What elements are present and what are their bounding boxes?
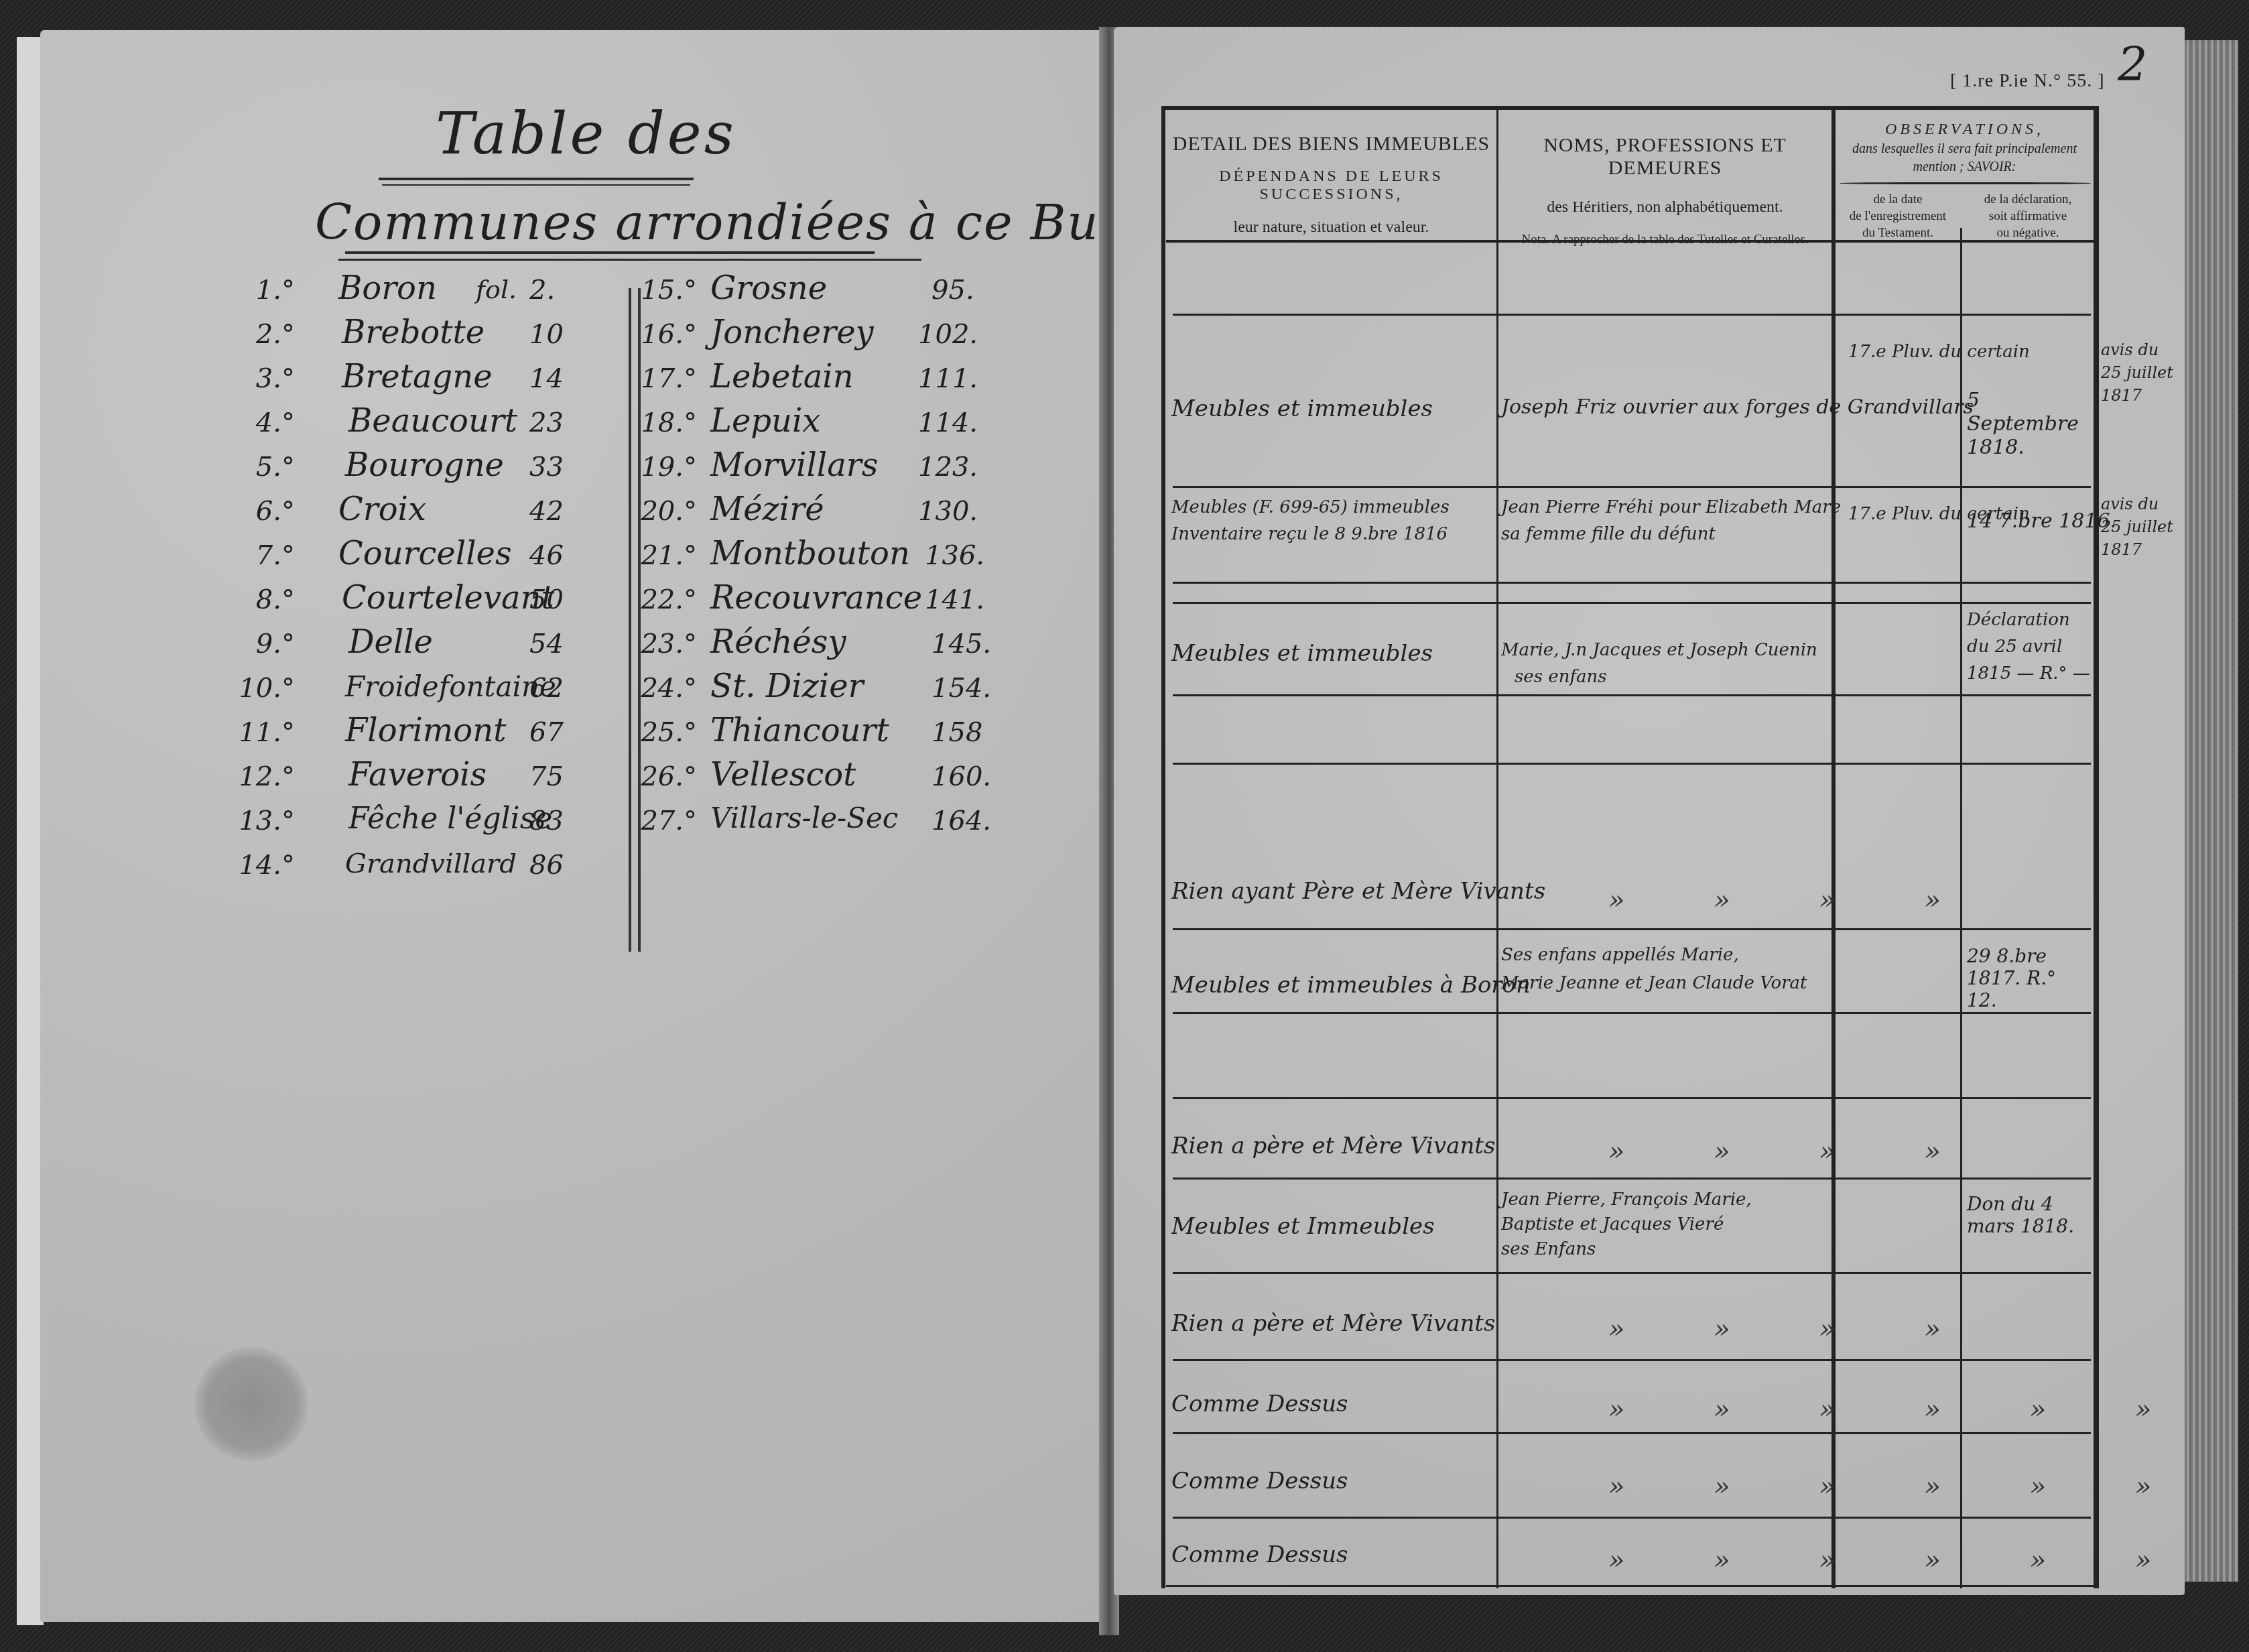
list-item: 16.° Joncherey 102. <box>637 319 1012 359</box>
row-rule <box>1173 1178 2091 1180</box>
title-underline <box>382 184 690 186</box>
cell-biens-line2: Inventaire reçu le 8 9.bre 1816 <box>1171 524 1448 544</box>
margin-note: avis du 25 juillet 1817 <box>2101 493 2181 561</box>
header-text: DÉPENDANS DE LEURS SUCCESSIONS, <box>1166 168 1496 204</box>
header-text: soit affirmative <box>1962 208 2094 225</box>
folio-number: 23 <box>529 407 564 438</box>
row-rule <box>1173 1012 2091 1014</box>
row-rule <box>1173 1359 2091 1361</box>
ditto-marks: » » » » <box>1608 1314 1981 1344</box>
folio-number: 130. <box>918 496 978 527</box>
paper-stain <box>194 1347 308 1461</box>
commune-name: Bretagne <box>342 358 493 395</box>
ditto-marks: » » » » » » <box>1608 1471 2191 1502</box>
folio-number: 14 <box>529 363 564 394</box>
item-number: 6.° <box>221 496 295 527</box>
folio-number: 75 <box>529 761 564 792</box>
item-number: 1.° <box>221 275 295 306</box>
header-text: OBSERVATIONS, <box>1836 121 2094 139</box>
item-number: 21.° <box>637 540 697 571</box>
commune-name: Beaucourt <box>348 402 517 440</box>
commune-name: Joncherey <box>710 314 874 351</box>
folio-number: 123. <box>918 452 978 483</box>
commune-name: Delle <box>348 623 433 661</box>
row-rule <box>1173 486 2091 488</box>
folio-number: 46 <box>529 540 564 571</box>
list-item: 18.° Lepuix 114. <box>637 407 1012 448</box>
folio-number: 67 <box>529 717 564 748</box>
list-item: 17.° Lebetain 111. <box>637 363 1012 403</box>
subtitle-underline <box>338 259 921 261</box>
item-number: 19.° <box>637 452 697 483</box>
list-item: 22.° Recouvrance 141. <box>637 584 1012 625</box>
ditto-marks: » » » » <box>1608 885 1981 915</box>
item-number: 24.° <box>637 673 697 704</box>
list-item: 20.° Méziré 130. <box>637 496 1012 536</box>
list-item: 23.° Réchésy 145. <box>637 629 1012 669</box>
header-text: leur nature, situation et valeur. <box>1166 218 1496 237</box>
column-divider <box>1832 110 1836 1588</box>
item-number: 14.° <box>221 850 295 881</box>
folio-number: 2. <box>529 275 555 306</box>
list-item: 1.° Boron fol. 2. <box>221 275 623 315</box>
commune-name: Lebetain <box>710 358 854 395</box>
header-note: Nota. A rapprocher de la table des Tutel… <box>1498 233 1832 247</box>
commune-name: Fêche l'église <box>348 802 552 836</box>
header-text: dans lesquelles il sera fait principalem… <box>1836 141 2094 157</box>
header-text: mention ; SAVOIR: <box>1836 160 2094 175</box>
table-top-border <box>1161 106 2098 110</box>
item-number: 17.° <box>637 363 697 394</box>
commune-name: Croix <box>338 491 426 528</box>
cell-biens: Rien a père et Mère Vivants <box>1171 1133 1495 1159</box>
list-item: 19.° Morvillars 123. <box>637 452 1012 492</box>
cell-declaration: Déclaration du 25 avril 1815 — R.° — <box>1967 607 2091 687</box>
table-bottom-border <box>1166 1585 2098 1587</box>
commune-name: Froidefontaine <box>345 670 556 703</box>
cell-heritiers-line2: Marie Jeanne et Jean Claude Vorat <box>1501 973 1807 993</box>
item-number: 16.° <box>637 319 697 350</box>
ditto-marks: » » » » <box>1608 1136 1981 1167</box>
commune-name: Thiancourt <box>710 712 889 749</box>
list-item: 26.° Vellescot 160. <box>637 761 1012 802</box>
cell-declaration: Don du 4 mars 1818. <box>1967 1193 2091 1237</box>
commune-name: Méziré <box>710 491 824 528</box>
list-item: 8.° Courtelevant 50 <box>221 584 623 625</box>
item-number: 11.° <box>221 717 295 748</box>
list-item: 9.° Delle 54 <box>221 629 623 669</box>
folio-number: 86 <box>529 850 564 881</box>
commune-name: Bourogne <box>345 446 504 484</box>
item-number: 2.° <box>221 319 295 350</box>
ditto-marks: » » » » » » <box>1608 1545 2191 1576</box>
list-item: 21.° Montbouton 136. <box>637 540 1012 580</box>
column-header-heritiers: NOMS, PROFESSIONS ET DEMEURES des Hériti… <box>1498 134 1832 247</box>
folio-label: fol. <box>476 275 517 304</box>
table-left-border <box>1161 106 1165 1588</box>
row-rule <box>1173 1432 2091 1434</box>
list-item: 11.° Florimont 67 <box>221 717 623 757</box>
cell-biens: Meubles (F. 699-65) immeubles <box>1171 497 1450 517</box>
header-brace <box>1840 182 2091 184</box>
list-item: 27.° Villars-le-Sec 164. <box>637 806 1012 846</box>
commune-name: Courcelles <box>338 535 512 572</box>
folio-number: 141. <box>925 584 984 615</box>
form-reference: [ 1.re P.ie N.° 55. ] <box>1950 70 2105 92</box>
row-rule <box>1173 1517 2091 1519</box>
commune-name: Grandvillard <box>345 848 517 879</box>
folio-number: 62 <box>529 673 564 704</box>
commune-name: Vellescot <box>710 756 856 793</box>
list-item: 6.° Croix 42 <box>221 496 623 536</box>
row-rule <box>1173 1097 2091 1099</box>
cell-heritiers: Joseph Friz ouvrier aux forges de Grandv… <box>1501 395 1974 419</box>
item-number: 18.° <box>637 407 697 438</box>
header-text: des Héritiers, non alphabétiquement. <box>1498 198 1832 216</box>
folio-number: 164. <box>931 806 991 836</box>
column-header-biens: DETAIL DES BIENS IMMEUBLES DÉPENDANS DE … <box>1166 133 1496 237</box>
commune-name: Lepuix <box>710 402 820 440</box>
list-item: 24.° St. Dizier 154. <box>637 673 1012 713</box>
cell-biens: Comme Dessus <box>1171 1541 1348 1568</box>
commune-name: Boron <box>338 269 437 307</box>
list-item: 7.° Courcelles 46 <box>221 540 623 580</box>
list-item: 15.° Grosne 95. <box>637 275 1012 315</box>
header-text: NOMS, PROFESSIONS ET DEMEURES <box>1498 134 1832 180</box>
commune-name: Courtelevant <box>342 579 554 617</box>
cell-heritiers: Jean Pierre, François Marie, <box>1501 1190 1752 1210</box>
item-number: 9.° <box>221 629 295 659</box>
item-number: 7.° <box>221 540 295 571</box>
item-number: 3.° <box>221 363 295 394</box>
item-number: 22.° <box>637 584 697 615</box>
cell-heritiers-line2: Baptiste et Jacques Vieré <box>1501 1214 1724 1234</box>
cell-heritiers: Marie, J.n Jacques et Joseph Cuenin <box>1501 640 1817 660</box>
list-item: 2.° Brebotte 10 <box>221 319 623 359</box>
folio-number: 114. <box>918 407 978 438</box>
list-item: 13.° Fêche l'église 83 <box>221 806 623 846</box>
folio-number: 83 <box>529 806 564 836</box>
item-number: 23.° <box>637 629 697 659</box>
cell-declaration: 5 Septembre 1818. <box>1967 389 2087 459</box>
subtitle-underline <box>345 251 875 254</box>
folio-number: 136. <box>925 540 984 571</box>
commune-name: Morvillars <box>710 446 878 484</box>
header-text: DETAIL DES BIENS IMMEUBLES <box>1166 133 1496 155</box>
folio-number: 160. <box>931 761 991 792</box>
cell-biens: Comme Dessus <box>1171 1391 1348 1417</box>
margin-note: avis du 25 juillet 1817 <box>2101 338 2181 407</box>
commune-name: St. Dizier <box>710 668 864 705</box>
commune-name: Brebotte <box>342 314 485 351</box>
item-number: 12.° <box>221 761 295 792</box>
item-number: 5.° <box>221 452 295 483</box>
folio-number: 154. <box>931 673 991 704</box>
item-number: 4.° <box>221 407 295 438</box>
cell-heritiers-line3: ses Enfans <box>1501 1239 1596 1259</box>
list-item: 10.° Froidefontaine 62 <box>221 673 623 713</box>
page-title: Table des <box>436 101 736 168</box>
cell-biens: Meubles et immeubles <box>1171 395 1433 422</box>
item-number: 8.° <box>221 584 295 615</box>
item-number: 10.° <box>221 673 295 704</box>
list-item: 25.° Thiancourt 158 <box>637 717 1012 757</box>
list-item: 12.° Faverois 75 <box>221 761 623 802</box>
folio-number: 145. <box>931 629 991 659</box>
column-header-observations: OBSERVATIONS, dans lesquelles il sera fa… <box>1836 121 2094 175</box>
commune-name: Montbouton <box>710 535 910 572</box>
cell-heritiers: Jean Pierre Fréhi pour Elizabeth Mare <box>1501 497 1841 517</box>
folio-number: 111. <box>918 363 978 394</box>
header-text: de la déclaration, <box>1962 191 2094 208</box>
folio-number: 95. <box>931 275 974 306</box>
folio-number: 102. <box>918 319 978 350</box>
cell-biens: Meubles et Immeubles <box>1171 1213 1435 1240</box>
cell-heritiers-line2: ses enfans <box>1515 667 1607 687</box>
commune-name: Recouvrance <box>710 579 922 617</box>
item-number: 27.° <box>637 806 697 836</box>
folio-number: 54 <box>529 629 564 659</box>
folio-number: 42 <box>529 496 564 527</box>
folio-number: 10 <box>529 319 564 350</box>
row-rule <box>1173 582 2091 584</box>
page-subtitle: Communes arrondiées à ce Bureau <box>315 194 1216 251</box>
list-item: 3.° Bretagne 14 <box>221 363 623 403</box>
title-underline <box>379 178 694 180</box>
column-header-declaration: de la déclaration, soit affirmative ou n… <box>1962 191 2094 241</box>
commune-name: Villars-le-Sec <box>710 802 898 834</box>
header-text: de la date <box>1836 191 1960 208</box>
column-header-testament: de la date de l'enregistrement du Testam… <box>1836 191 1960 241</box>
cell-biens: Comme Dessus <box>1171 1468 1348 1495</box>
table-right-border <box>2094 106 2099 1588</box>
cell-biens: Rien a père et Mère Vivants <box>1171 1310 1495 1337</box>
header-text: de l'enregistrement <box>1836 208 1960 225</box>
flyleaf-edge <box>17 37 44 1625</box>
folio-number: 50 <box>529 584 564 615</box>
row-rule <box>1173 314 2091 316</box>
commune-name: Grosne <box>710 269 827 307</box>
cell-heritiers-line2: sa femme fille du défunt <box>1501 524 1716 544</box>
cell-declaration: 14 7.bre 1816. <box>1967 509 2116 533</box>
commune-name: Florimont <box>345 712 506 749</box>
item-number: 13.° <box>221 806 295 836</box>
cell-heritiers: Ses enfans appellés Marie, <box>1501 945 1739 965</box>
item-number: 15.° <box>637 275 697 306</box>
item-number: 20.° <box>637 496 697 527</box>
list-item: 14.° Grandvillard 86 <box>221 850 623 890</box>
page-number: 2 <box>2118 37 2148 92</box>
folio-number: 33 <box>529 452 564 483</box>
row-rule <box>1173 602 2091 604</box>
item-number: 25.° <box>637 717 697 748</box>
folio-number: 158 <box>931 717 982 748</box>
item-number: 26.° <box>637 761 697 792</box>
row-rule <box>1173 1272 2091 1274</box>
cell-declaration: 29 8.bre 1817. R.° 12. <box>1967 945 2091 1011</box>
commune-name: Réchésy <box>710 623 846 661</box>
cell-biens: Rien ayant Père et Mère Vivants <box>1171 878 1545 905</box>
header-text: ou négative. <box>1962 225 2094 241</box>
list-item: 5.° Bourogne 33 <box>221 452 623 492</box>
row-rule <box>1173 928 2091 930</box>
ditto-marks: » » » » » » <box>1608 1394 2191 1425</box>
row-rule <box>1173 763 2091 765</box>
row-rule <box>1173 694 2091 696</box>
page-edges <box>2185 40 2238 1582</box>
cell-biens: Meubles et immeubles à Boron <box>1171 972 1531 999</box>
commune-name: Faverois <box>348 756 487 793</box>
column-divider <box>1496 110 1498 1588</box>
cell-testament: 17.e Pluv. du certain <box>1848 342 2030 362</box>
list-item: 4.° Beaucourt 23 <box>221 407 623 448</box>
cell-biens: Meubles et immeubles <box>1171 640 1433 667</box>
header-text: du Testament. <box>1836 225 1960 241</box>
